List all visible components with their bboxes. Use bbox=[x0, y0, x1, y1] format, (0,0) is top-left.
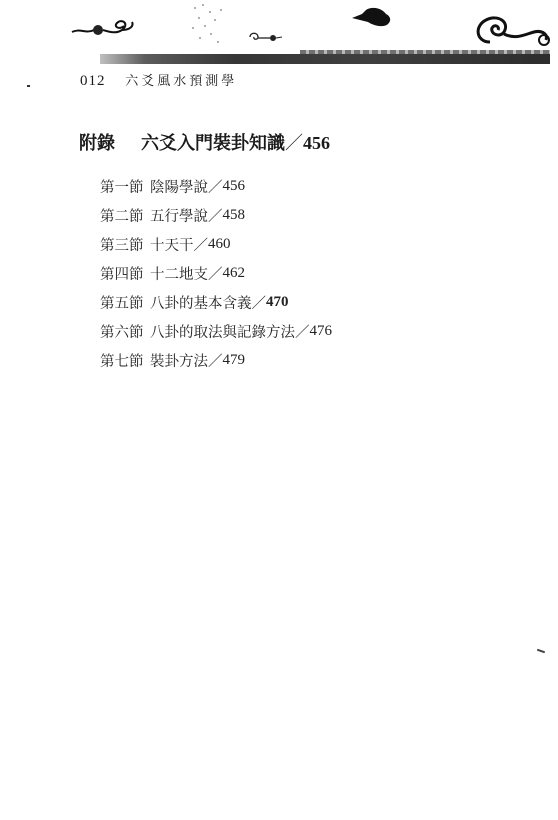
toc-entry[interactable]: 第五節 八卦的基本含義 ／ 470 bbox=[100, 288, 332, 317]
section-page: 458 bbox=[223, 207, 246, 224]
section-label: 第五節 bbox=[100, 292, 150, 313]
section-page: 456 bbox=[223, 178, 246, 195]
section-label: 第一節 bbox=[100, 176, 150, 197]
cloud-scroll-right-icon bbox=[470, 12, 555, 57]
small-cloud-icon bbox=[248, 30, 284, 44]
toc-entry[interactable]: 第二節 五行學說 ／ 458 bbox=[100, 201, 332, 230]
toc-entry[interactable]: 第六節 八卦的取法與記錄方法 ／ 476 bbox=[100, 317, 332, 346]
section-page: 476 bbox=[310, 323, 333, 340]
appendix-title: 六爻入門裝卦知識 bbox=[141, 133, 285, 154]
separator: ／ bbox=[208, 350, 223, 371]
cloud-scroll-left-icon bbox=[70, 18, 140, 44]
section-page: 470 bbox=[266, 294, 289, 311]
toc-entry[interactable]: 第三節 十天干 ／ 460 bbox=[100, 230, 332, 259]
appendix-page: 456 bbox=[303, 133, 330, 153]
fish-cloud-icon bbox=[350, 6, 395, 30]
section-title: 十二地支 bbox=[150, 263, 208, 284]
separator: ／ bbox=[208, 205, 223, 226]
page-number: 012 bbox=[80, 73, 106, 89]
separator: ／ bbox=[208, 176, 223, 197]
faded-pattern-icon bbox=[185, 0, 230, 50]
section-label: 第六節 bbox=[100, 321, 150, 342]
section-label: 第三節 bbox=[100, 234, 150, 255]
section-title: 八卦的基本含義 bbox=[150, 292, 252, 313]
section-page: 460 bbox=[208, 236, 231, 253]
section-label: 第七節 bbox=[100, 350, 150, 371]
separator: ／ bbox=[194, 234, 209, 255]
stray-mark bbox=[537, 649, 545, 654]
book-title: 六爻風水預測學 bbox=[125, 74, 237, 89]
appendix-heading: 附錄六爻入門裝卦知識／456 bbox=[79, 129, 330, 155]
section-title: 裝卦方法 bbox=[150, 350, 208, 371]
section-title: 陰陽學說 bbox=[150, 176, 208, 197]
toc-entry[interactable]: 第四節 十二地支 ／ 462 bbox=[100, 259, 332, 288]
section-page: 462 bbox=[223, 265, 246, 282]
appendix-label: 附錄 bbox=[79, 133, 115, 154]
section-label: 第二節 bbox=[100, 205, 150, 226]
section-label: 第四節 bbox=[100, 263, 150, 284]
separator: ／ bbox=[295, 321, 310, 342]
stray-mark bbox=[27, 85, 30, 87]
toc-entry[interactable]: 第一節 陰陽學說 ／ 456 bbox=[100, 172, 332, 201]
separator: ／ bbox=[252, 292, 267, 313]
table-of-contents: 第一節 陰陽學說 ／ 456 第二節 五行學說 ／ 458 第三節 十天干 ／ … bbox=[100, 172, 332, 375]
section-title: 八卦的取法與記錄方法 bbox=[150, 321, 295, 342]
section-page: 479 bbox=[223, 352, 246, 369]
toc-entry[interactable]: 第七節 裝卦方法 ／ 479 bbox=[100, 346, 332, 375]
separator: ／ bbox=[208, 263, 223, 284]
decorative-header-band bbox=[0, 0, 558, 70]
running-head: 012 六爻風水預測學 bbox=[80, 70, 237, 90]
section-title: 五行學說 bbox=[150, 205, 208, 226]
section-title: 十天干 bbox=[150, 234, 194, 255]
appendix-separator: ／ bbox=[285, 133, 303, 154]
